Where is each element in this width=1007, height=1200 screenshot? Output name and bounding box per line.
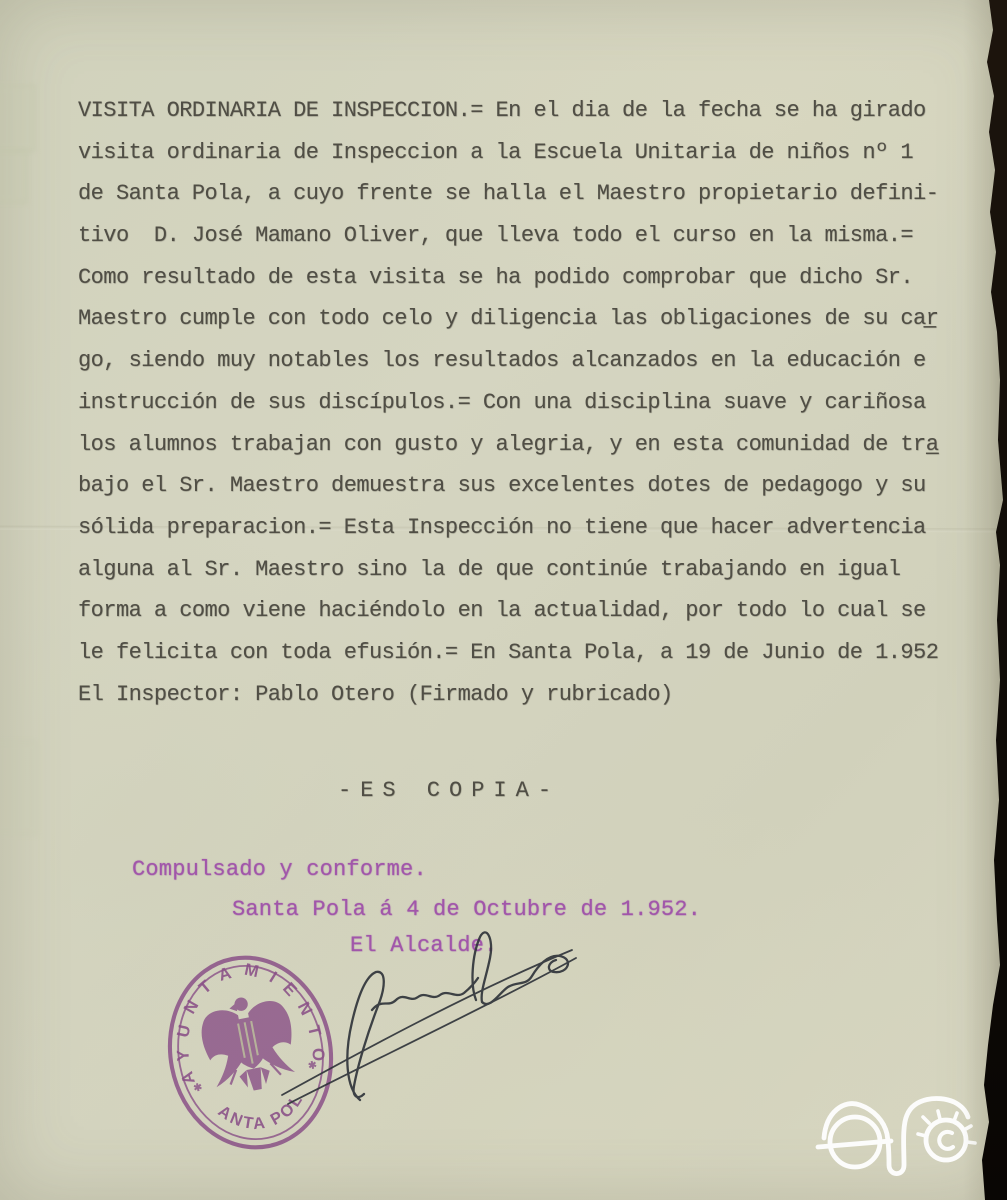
typed-line: forma a como viene haciéndolo en la actu… [78, 590, 958, 632]
bleedthrough-mark [0, 150, 28, 204]
typed-line: de Santa Pola, a cuyo frente se halla el… [78, 173, 958, 215]
typed-line: tivo D. José Mamano Oliver, que lleva to… [78, 215, 958, 257]
typed-line: instrucción de sus discípulos.= Con una … [78, 382, 958, 424]
typed-line: VISITA ORDINARIA DE INSPECCION.= En el d… [78, 90, 958, 132]
bleedthrough-mark [0, 84, 36, 152]
typed-line: El Inspector: Pablo Otero (Firmado y rub… [78, 674, 958, 716]
typed-line: alguna al Sr. Maestro sino la de que con… [78, 549, 958, 591]
typed-line: le felicita con toda efusión.= En Santa … [78, 632, 958, 674]
mayor-signature [260, 915, 590, 1115]
bleedthrough-mark [0, 740, 38, 836]
certification-statement: Compulsado y conforme. [132, 857, 427, 882]
scanned-document-page: VISITA ORDINARIA DE INSPECCION.= En el d… [0, 0, 1007, 1200]
typed-line: visita ordinaria de Inspeccion a la Escu… [78, 132, 958, 174]
typed-line: Maestro cumple con todo celo y diligenci… [78, 298, 958, 340]
inspection-report-text: VISITA ORDINARIA DE INSPECCION.= En el d… [78, 90, 958, 715]
stamp-separator-left: ✱ [193, 1082, 204, 1095]
eyes-icon [818, 1098, 975, 1173]
es-copia-heading: -ES COPIA- [338, 778, 560, 803]
typed-line: los alumnos trabajan con gusto y alegria… [78, 424, 958, 466]
typed-line: Como resultado de esta visita se ha podi… [78, 257, 958, 299]
typed-line: go, siendo muy notables los resultados a… [78, 340, 958, 382]
typed-line: sólida preparacion.= Esta Inspección no … [78, 507, 958, 549]
typed-line: bajo el Sr. Maestro demuestra sus excele… [78, 465, 958, 507]
